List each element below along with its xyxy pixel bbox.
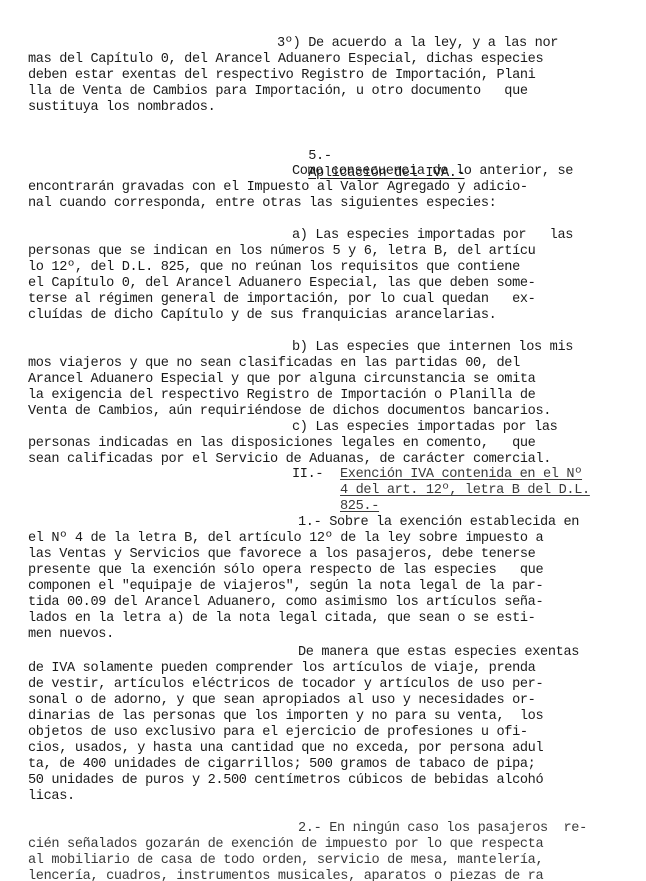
text-line: Como consecuencia de lo anterior, se [292, 163, 573, 180]
text-line: De manera que estas especies exentas [298, 644, 579, 661]
section-number: II.- [292, 466, 323, 483]
text-line: 2.- En ningún caso los pasajeros re- [298, 820, 587, 837]
section-number: 5.- [308, 149, 331, 164]
text-line: 3º) De acuerdo a la ley, y a las nor [277, 35, 558, 52]
text-line: la exigencia del respectivo Registro de … [28, 387, 536, 404]
text-line: ta, de 400 unidades de cigarrillos; 500 … [28, 756, 536, 773]
text-line: tida 00.09 del Arancel Aduanero, como as… [28, 594, 543, 611]
section-title-line: 825.- [340, 498, 379, 515]
text-line: presente que la exención sólo opera resp… [28, 562, 543, 579]
section-title-line: Exención IVA contenida en el Nº [340, 466, 582, 483]
text-line: nal cuando corresponda, entre otras las … [28, 195, 496, 212]
text-line: componen el "equipaje de viajeros", segú… [28, 578, 543, 595]
text-line: personas indicadas en las disposiciones … [28, 435, 536, 452]
text-line: lados en la letra a) de la nota legal ci… [28, 610, 536, 627]
text-line: mos viajeros y que no sean clasificadas … [28, 355, 520, 372]
text-line: cios, usados, y hasta una cantidad que n… [28, 740, 543, 757]
text-line: el Capítulo 0, del Arancel Aduanero Espe… [28, 275, 536, 292]
text-line: Arancel Aduanero Especial y que por algu… [28, 371, 536, 388]
text-line: cién señalados gozarán de exención de im… [28, 836, 543, 853]
text-line: las Ventas y Servicios que favorece a lo… [28, 546, 536, 563]
text-line: sustituya los nombrados. [28, 99, 215, 116]
text-line: c) Las especies importadas por las [292, 419, 557, 436]
text-line: sonal o de adorno, y que sean apropiados… [28, 692, 536, 709]
text-line: personas que se indican en los números 5… [28, 243, 536, 260]
text-line: 50 unidades de puros y 2.500 centímetros… [28, 772, 543, 789]
text-line: licas. [28, 788, 75, 805]
text-line: de vestir, artículos eléctricos de tocad… [28, 676, 543, 693]
text-line: lo 12º, del D.L. 825, que no reúnan los … [28, 259, 520, 276]
text-line: el Nº 4 de la letra B, del artículo 12º … [28, 530, 543, 547]
text-line: Venta de Cambios, aún requiriéndose de d… [28, 403, 551, 420]
text-line: lla de Venta de Cambios para Importación… [28, 83, 528, 100]
text-line: al mobiliario de casa de todo orden, ser… [28, 852, 543, 869]
text-line: encontrarán gravadas con el Impuesto al … [28, 179, 528, 196]
text-line: terse al régimen general de importación,… [28, 291, 536, 308]
text-line: b) Las especies que internen los mis [292, 339, 573, 356]
text-line: de IVA solamente pueden comprender los a… [28, 660, 536, 677]
text-line: lencería, cuadros, instrumentos musicale… [28, 868, 543, 881]
typewritten-document-page: 3º) De acuerdo a la ley, y a las nor mas… [0, 0, 646, 881]
text-line: 1.- Sobre la exención establecida en [298, 514, 579, 531]
text-line: dinarias de las personas que los importe… [28, 708, 543, 725]
section-title-line: 4 del art. 12º, letra B del D.L. [340, 482, 590, 499]
text-line: a) Las especies importadas por las [292, 227, 573, 244]
text-line: deben estar exentas del respectivo Regis… [28, 67, 536, 84]
text-line: men nuevos. [28, 626, 114, 643]
text-line: cluídas de dicho Capítulo y de sus franq… [28, 307, 496, 324]
text-line: objetos de uso exclusivo para el ejercic… [28, 724, 528, 741]
text-line: mas del Capítulo 0, del Arancel Aduanero… [28, 51, 543, 68]
